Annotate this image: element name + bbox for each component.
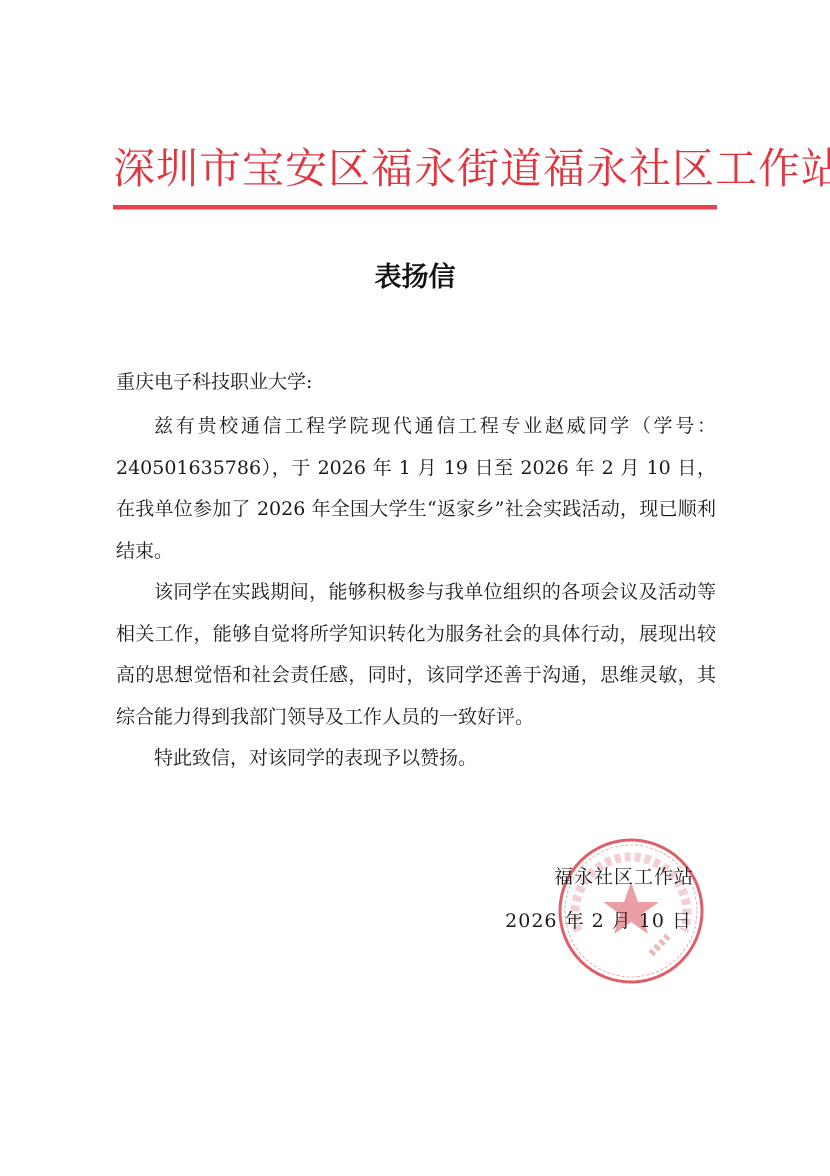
document-title: 表扬信	[0, 258, 830, 298]
salutation: 重庆电子科技职业大学:	[116, 366, 312, 398]
signature-block: 福永社区工作站 2026 年 2 月 10 日	[500, 855, 720, 943]
letterhead-red-rule	[113, 205, 717, 210]
letterhead-organization: 深圳市宝安区福永街道福永社区工作站	[113, 142, 717, 196]
body-paragraph: 兹有贵校通信工程学院现代通信工程专业赵威同学（学号：240501635786），…	[116, 406, 716, 572]
signature-date: 2026 年 2 月 10 日	[500, 899, 720, 943]
letter-body: 兹有贵校通信工程学院现代通信工程专业赵威同学（学号：240501635786），…	[116, 406, 716, 780]
body-paragraph: 该同学在实践期间，能够积极参与我单位组织的各项会议及活动等相关工作，能够自觉将所…	[116, 572, 716, 738]
document-page: 深圳市宝安区福永街道福永社区工作站 表扬信 重庆电子科技职业大学: 兹有贵校通信…	[0, 0, 830, 1176]
signature-organization: 福永社区工作站	[500, 855, 720, 899]
body-paragraph: 特此致信，对该同学的表现予以赞扬。	[116, 738, 716, 780]
